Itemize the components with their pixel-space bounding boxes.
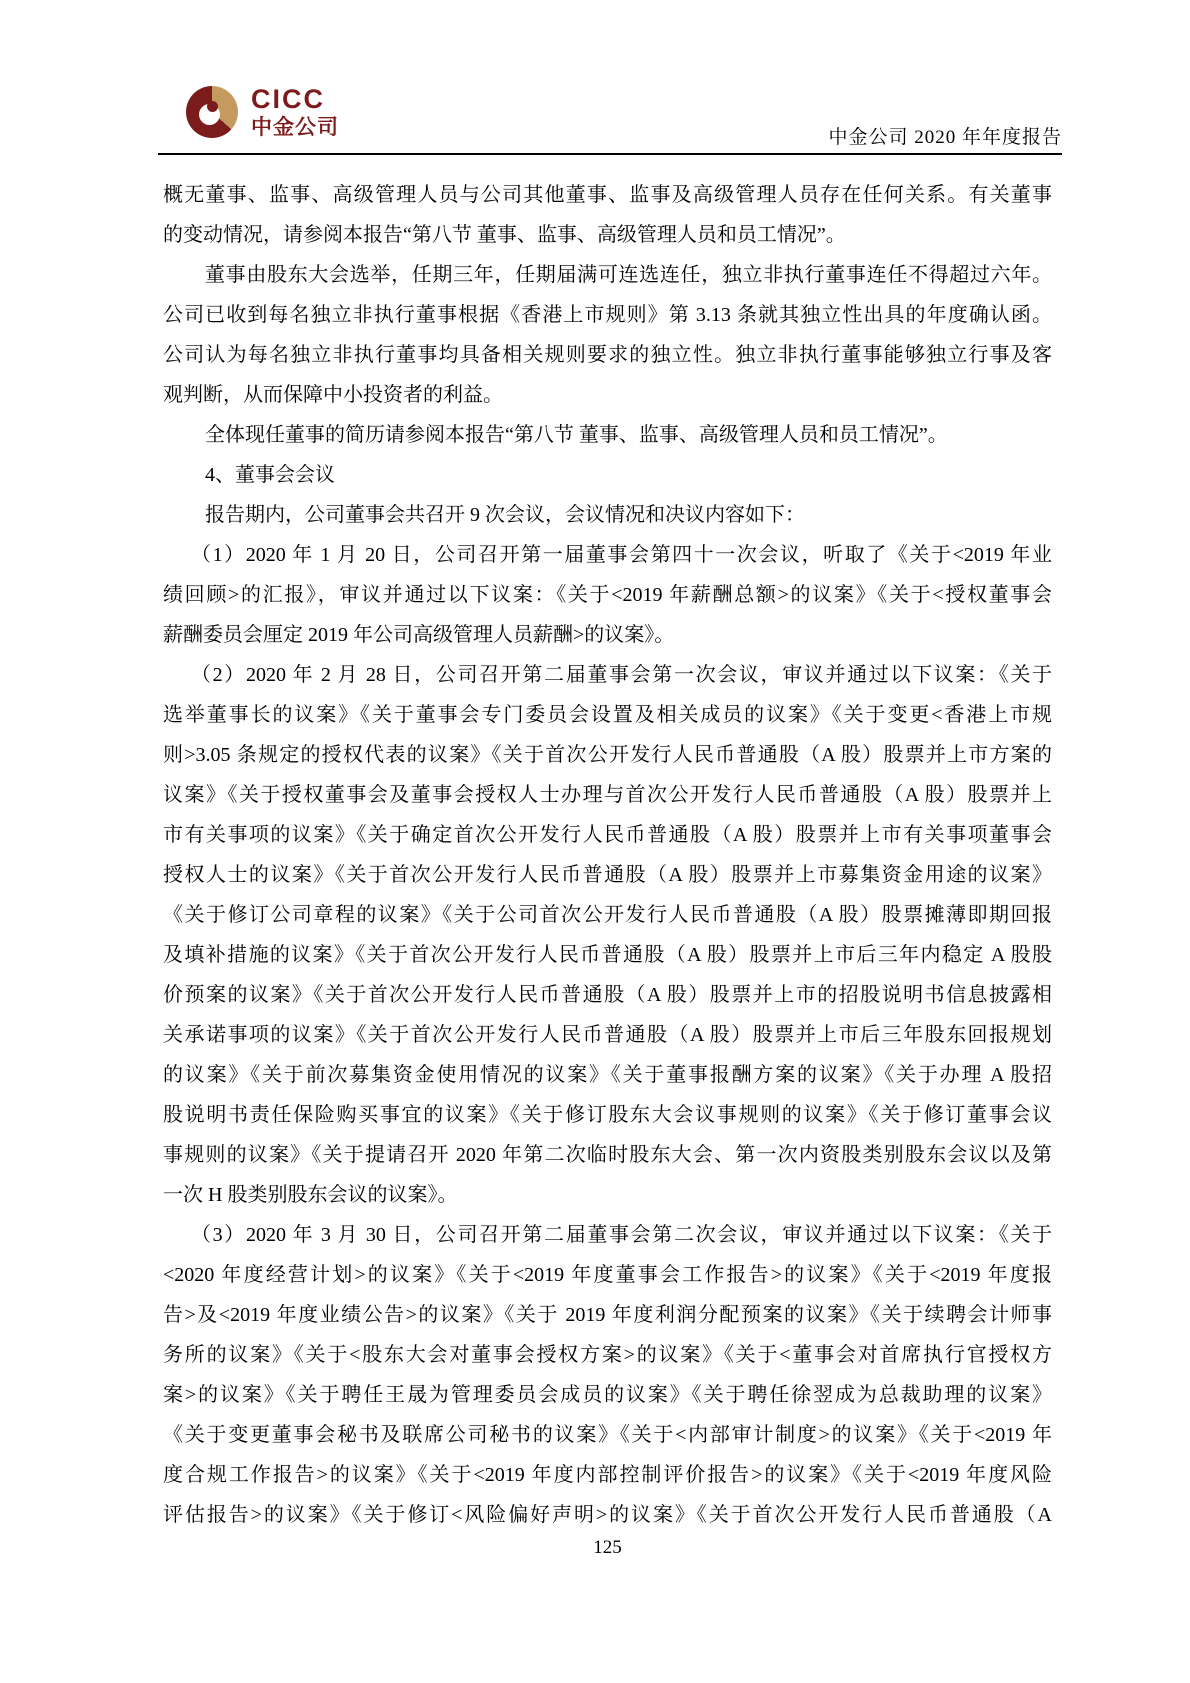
text-line: 的变动情况，请参阅本报告“第八节 董事、监事、高级管理人员和员工情况”。 — [163, 215, 1052, 255]
cicc-logo-icon — [186, 86, 238, 138]
text-line: （3）2020 年 3 月 30 日，公司召开第二届董事会第二次会议，审议并通过… — [163, 1215, 1052, 1255]
text-line: 告>及<2019 年度业绩公告>的议案》《关于 2019 年度利润分配预案的议案… — [163, 1295, 1052, 1335]
text-line: （1）2020 年 1 月 20 日，公司召开第一届董事会第四十一次会议，听取了… — [163, 535, 1052, 575]
text-line: 事规则的议案》《关于提请召开 2020 年第二次临时股东大会、第一次内资股类别股… — [163, 1135, 1052, 1175]
text-line: 绩回顾>的汇报》，审议并通过以下议案：《关于<2019 年薪酬总额>的议案》《关… — [163, 575, 1052, 615]
text-line: 务所的议案》《关于<股东大会对董事会授权方案>的议案》《关于<董事会对首席执行官… — [163, 1335, 1052, 1375]
logo-cicc-label: CICC — [251, 86, 339, 113]
report-page: CICC 中金公司 中金公司 2020 年年度报告 概无董事、监事、高级管理人员… — [0, 0, 1190, 1683]
logo-company-label: 中金公司 — [251, 117, 339, 138]
text-line: 董事由股东大会选举，任期三年，任期届满可连选连任，独立非执行董事连任不得超过六年… — [163, 255, 1052, 295]
page-number: 125 — [163, 1537, 1052, 1559]
cicc-logo-text: CICC 中金公司 — [251, 86, 339, 138]
text-line: 授权人士的议案》《关于首次公开发行人民币普通股（A 股）股票并上市募集资金用途的… — [163, 855, 1052, 895]
cicc-logo: CICC 中金公司 — [186, 86, 339, 138]
text-line: 的议案》《关于前次募集资金使用情况的议案》《关于董事报酬方案的议案》《关于办理 … — [163, 1055, 1052, 1095]
text-line: 公司已收到每名独立非执行董事根据《香港上市规则》第 3.13 条就其独立性出具的… — [163, 295, 1052, 335]
text-line: 《关于变更董事会秘书及联席公司秘书的议案》《关于<内部审计制度>的议案》《关于<… — [163, 1415, 1052, 1455]
text-line: 案>的议案》《关于聘任王晟为管理委员会成员的议案》《关于聘任徐翌成为总裁助理的议… — [163, 1375, 1052, 1415]
text-line: 一次 H 股类别股东会议的议案》。 — [163, 1175, 1052, 1215]
text-line: 薪酬委员会厘定 2019 年公司高级管理人员薪酬>的议案》。 — [163, 615, 1052, 655]
text-line: 价预案的议案》《关于首次公开发行人民币普通股（A 股）股票并上市的招股说明书信息… — [163, 975, 1052, 1015]
text-line: 评估报告>的议案》《关于修订<风险偏好声明>的议案》《关于首次公开发行人民币普通… — [163, 1495, 1052, 1535]
text-line: 公司认为每名独立非执行董事均具备相关规则要求的独立性。独立非执行董事能够独立行事… — [163, 335, 1052, 375]
body-text: 概无董事、监事、高级管理人员与公司其他董事、监事及高级管理人员存在任何关系。有关… — [163, 175, 1052, 1535]
text-line: 关承诺事项的议案》《关于首次公开发行人民币普通股（A 股）股票并上市后三年股东回… — [163, 1015, 1052, 1055]
text-line: 《关于修订公司章程的议案》《关于公司首次公开发行人民币普通股（A 股）股票摊薄即… — [163, 895, 1052, 935]
text-line: 度合规工作报告>的议案》《关于<2019 年度内部控制评价报告>的议案》《关于<… — [163, 1455, 1052, 1495]
text-line: 市有关事项的议案》《关于确定首次公开发行人民币普通股（A 股）股票并上市有关事项… — [163, 815, 1052, 855]
text-line: 选举董事长的议案》《关于董事会专门委员会设置及相关成员的议案》《关于变更<香港上… — [163, 695, 1052, 735]
text-line: 全体现任董事的简历请参阅本报告“第八节 董事、监事、高级管理人员和员工情况”。 — [163, 415, 1052, 455]
header-divider — [158, 153, 1062, 155]
report-title: 中金公司 2020 年年度报告 — [828, 122, 1062, 149]
text-line: 议案》《关于授权董事会及董事会授权人士办理与首次公开发行人民币普通股（A 股）股… — [163, 775, 1052, 815]
text-line: 股说明书责任保险购买事宜的议案》《关于修订股东大会议事规则的议案》《关于修订董事… — [163, 1095, 1052, 1135]
text-line: （2）2020 年 2 月 28 日，公司召开第二届董事会第一次会议，审议并通过… — [163, 655, 1052, 695]
text-line: 则>3.05 条规定的授权代表的议案》《关于首次公开发行人民币普通股（A 股）股… — [163, 735, 1052, 775]
text-line: 4、董事会会议 — [163, 455, 1052, 495]
text-line: 概无董事、监事、高级管理人员与公司其他董事、监事及高级管理人员存在任何关系。有关… — [163, 175, 1052, 215]
text-line: <2020 年度经营计划>的议案》《关于<2019 年度董事会工作报告>的议案》… — [163, 1255, 1052, 1295]
text-line: 观判断，从而保障中小投资者的利益。 — [163, 375, 1052, 415]
text-line: 及填补措施的议案》《关于首次公开发行人民币普通股（A 股）股票并上市后三年内稳定… — [163, 935, 1052, 975]
text-line: 报告期内，公司董事会共召开 9 次会议，会议情况和决议内容如下： — [163, 495, 1052, 535]
